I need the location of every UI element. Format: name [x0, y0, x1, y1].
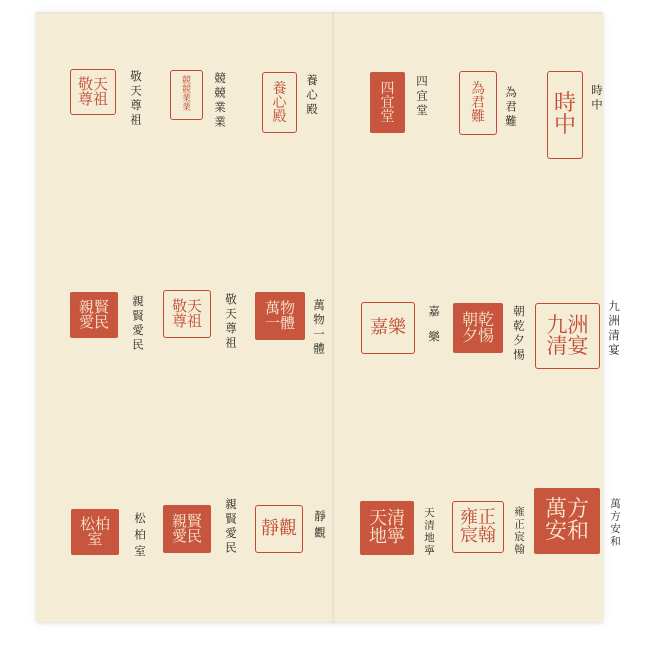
- seal-label: 為君難: [503, 86, 519, 130]
- seal-impression: 靜觀: [255, 505, 303, 553]
- seal-impression: 四宜堂: [370, 72, 405, 133]
- seal-label: 朝乾夕惕: [511, 305, 527, 363]
- seal-label: 競競業業: [212, 72, 228, 130]
- seal-impression: 萬方安和: [534, 488, 600, 554]
- seal-impression: 敬天尊祖: [70, 69, 116, 115]
- seal-impression: 敬天尊祖: [163, 290, 211, 338]
- seal-label: 時中: [589, 84, 605, 113]
- seal-label: 親賢愛民: [130, 295, 146, 353]
- seal-impression: 朝乾夕惕: [453, 303, 503, 353]
- seal-label: 雍正宸翰: [512, 506, 527, 556]
- seal-label: 松柏室: [132, 512, 148, 562]
- seal-label: 萬物一體: [311, 299, 327, 357]
- seal-impression: 雍正宸翰: [452, 501, 504, 553]
- seal-impression: 親賢愛民: [163, 505, 211, 553]
- center-fold: [332, 12, 335, 622]
- seal-label: 敬天尊祖: [223, 293, 239, 351]
- seal-impression: 競競業業: [170, 70, 203, 120]
- seal-label: 嘉樂: [426, 305, 442, 356]
- seal-label: 靜觀: [312, 510, 328, 543]
- seal-impression: 養心殿: [262, 72, 297, 133]
- seal-impression: 嘉樂: [361, 302, 415, 354]
- seal-label: 養心殿: [304, 74, 320, 118]
- seal-impression: 時中: [547, 71, 583, 159]
- seal-label: 天清地寧: [422, 507, 437, 557]
- seal-label: 親賢愛民: [223, 498, 239, 556]
- seal-album-page: 敬天尊祖 敬天尊祖 競競業業 競競業業 養心殿 養心殿 四宜堂 四宜堂 為君難 …: [36, 12, 603, 622]
- seal-impression: 萬物一體: [255, 292, 305, 340]
- seal-impression: 九洲清宴: [535, 303, 600, 369]
- seal-label: 四宜堂: [414, 75, 430, 119]
- seal-impression: 親賢愛民: [70, 292, 118, 338]
- seal-impression: 為君難: [459, 71, 497, 135]
- seal-label: 敬天尊祖: [128, 70, 144, 128]
- seal-label: 萬方安和: [608, 498, 623, 548]
- seal-label: 九洲清宴: [606, 300, 622, 358]
- seal-impression: 松柏室: [71, 509, 119, 555]
- seal-impression: 天清地寧: [360, 501, 414, 555]
